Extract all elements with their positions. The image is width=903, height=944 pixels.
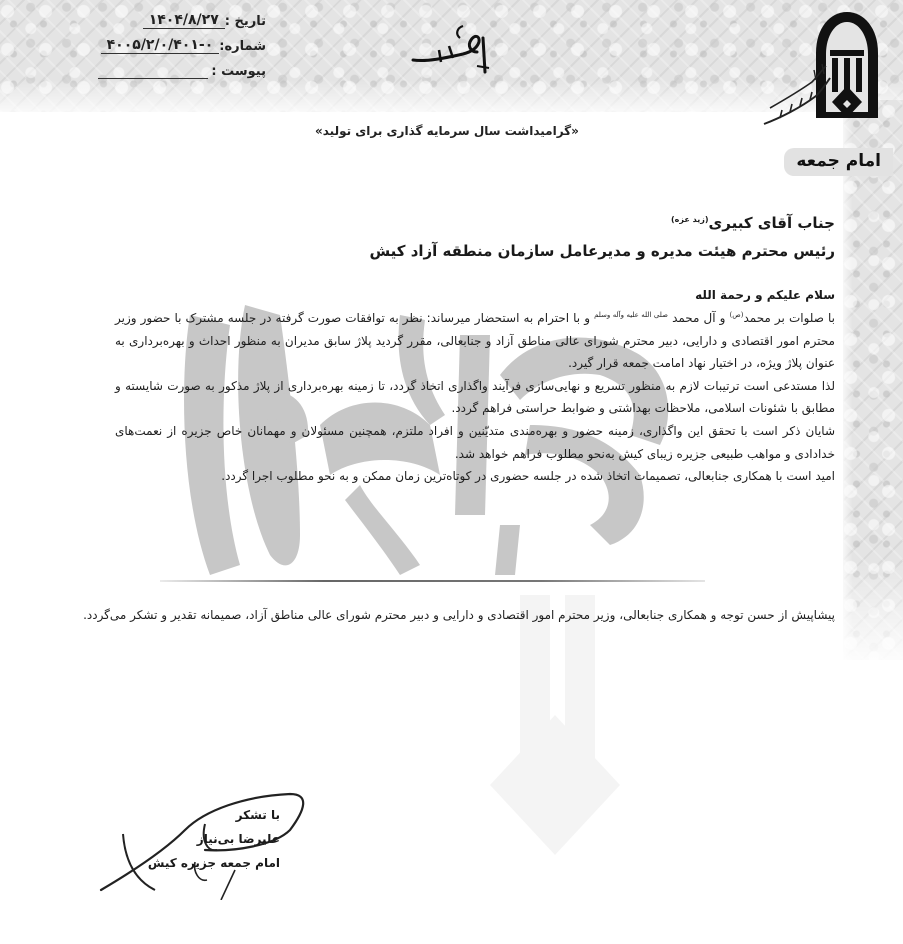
signatory-name: علیرضا بی‌نیاز [140, 827, 280, 851]
paragraph-4: امید است با همکاری جنابعالی، تصمیمات اتخ… [115, 465, 835, 488]
paragraph-3: شایان ذکر است با تحقق این واگذاری، زمینه… [115, 420, 835, 465]
paragraph-1-part1: با صلوات بر محمد [743, 311, 835, 325]
year-slogan: «گرامیداشت سال سرمایه گذاری برای تولید» [315, 124, 579, 138]
section-divider [160, 580, 705, 582]
signature-block: با تشکر علیرضا بی‌نیاز امام جمعه جزیره ک… [140, 803, 280, 875]
attachment-label: پیوست : [211, 64, 266, 79]
recipient-title: رئیس محترم هیئت مدیره و مدیرعامل سازمان … [115, 242, 835, 260]
recipient-honorific: (زید عزه) [671, 215, 709, 224]
date-label: تاریخ : [225, 14, 266, 29]
attachment-value [98, 67, 208, 79]
signature-thanks: با تشکر [140, 803, 280, 827]
paragraph-1: با صلوات بر محمد(ص) و آل محمد صلی الله ع… [115, 304, 835, 375]
paragraph-1-part2: و آل محمد [668, 311, 730, 325]
paragraph-1-sup1: (ص) [730, 311, 744, 319]
number-label: شماره: [219, 39, 266, 54]
watermark-emblem-faint [400, 595, 720, 865]
attachment-row: پیوست : [4, 54, 266, 79]
number-value: ۴۰۰۵/۲/۰/۴۰۱-۰ [101, 37, 220, 54]
paragraph-2: لذا مستدعی است ترتیبات لازم به منظور تسر… [115, 375, 835, 420]
closing-paragraph: پیشاپیش از حسن توجه و همکاری جنابعالی، و… [55, 600, 835, 630]
number-row: شماره: ۴۰۰۵/۲/۰/۴۰۱-۰ [4, 29, 266, 54]
basmala-calligraphy-icon: باسمه تعالی [405, 18, 495, 78]
logo-caption-calligraphy: نهاد امامت جمعه جزیره کیش [760, 60, 840, 130]
org-title-badge: امام جمعه [784, 148, 893, 176]
date-value: ۱۴۰۴/۸/۲۷ [143, 12, 225, 29]
salutation: سلام علیکم و رحمة الله [115, 288, 835, 302]
recipient-name: جناب آقای کبیری(زید عزه) [115, 214, 835, 232]
recipient-name-text: جناب آقای کبیری [709, 214, 835, 232]
right-border-fade-bottom [843, 560, 903, 670]
date-row: تاریخ : ۱۴۰۴/۸/۲۷ [4, 4, 266, 29]
letter-body: جناب آقای کبیری(زید عزه) رئیس محترم هیئت… [115, 210, 835, 488]
paragraph-1-sup2: صلی الله علیه وآله وسلم [594, 311, 668, 319]
letter-meta: تاریخ : ۱۴۰۴/۸/۲۷ شماره: ۴۰۰۵/۲/۰/۴۰۱-۰ … [4, 4, 266, 79]
signatory-title: امام جمعه جزیره کیش [140, 851, 280, 875]
